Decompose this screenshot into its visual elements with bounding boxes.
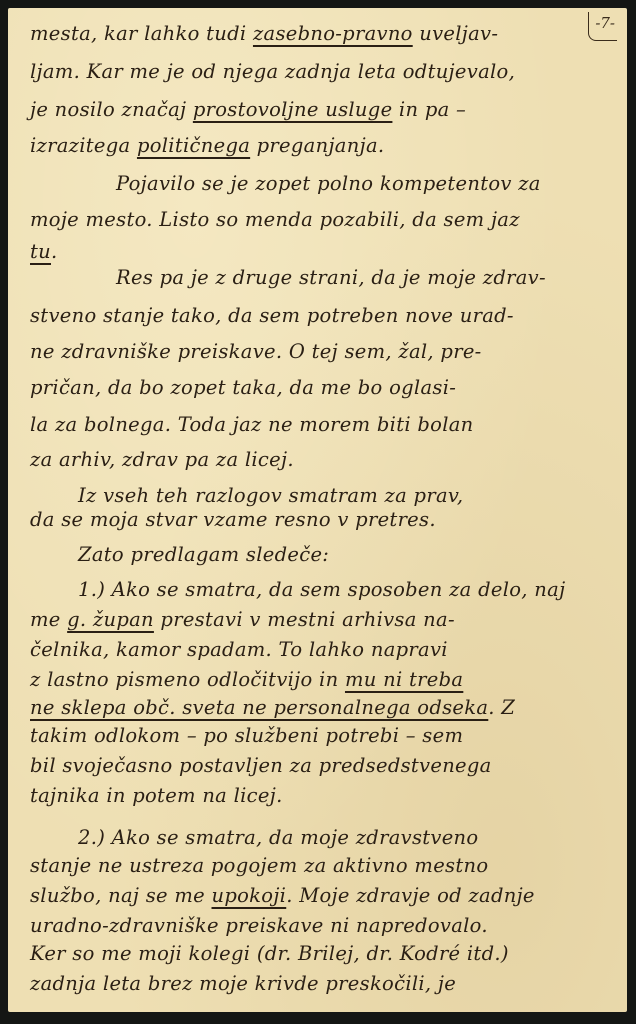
text-line: ne sklepa obč. sveta ne personalnega ods… bbox=[30, 696, 613, 719]
text-line: službo, naj se me upokoji. Moje zdravje … bbox=[30, 884, 613, 907]
text-line: ljam. Kar me je od njega zadnja leta odt… bbox=[30, 60, 613, 83]
text-line: za arhiv, zdrav pa za licej. bbox=[30, 448, 613, 471]
text-line: moje mesto. Listo so menda pozabili, da … bbox=[30, 208, 613, 231]
underlined-text: upokoji bbox=[212, 884, 287, 907]
text-line: tajnika in potem na licej. bbox=[30, 784, 613, 807]
underlined-text: tu bbox=[30, 240, 51, 263]
text-line: čelnika, kamor spadam. To lahko napravi bbox=[30, 638, 613, 661]
text-line: Ker so me moji kolegi (dr. Brilej, dr. K… bbox=[30, 942, 613, 965]
text-line: Zato predlagam sledeče: bbox=[78, 543, 613, 566]
text-line: me g. župan prestavi v mestni arhivsa na… bbox=[30, 608, 613, 631]
list-item-2: 2.) Ako se smatra, da moje zdravstveno bbox=[78, 826, 613, 849]
text-line: tu. bbox=[30, 240, 613, 263]
text-line: stanje ne ustreza pogojem za aktivno mes… bbox=[30, 854, 613, 877]
text-line: da se moja stvar vzame resno v pretres. bbox=[30, 508, 613, 531]
text-line: Iz vseh teh razlogov smatram za prav, bbox=[78, 484, 613, 507]
text-line: bil svoječasno postavljen za predsedstve… bbox=[30, 754, 613, 777]
text-line: pričan, da bo zopet taka, da me bo oglas… bbox=[30, 376, 613, 399]
text-line: izrazitega političnega preganjanja. bbox=[30, 134, 613, 157]
text-line: stveno stanje tako, da sem potreben nove… bbox=[30, 304, 613, 327]
underlined-text: zasebno-pravno bbox=[253, 22, 413, 45]
text-line: mesta, kar lahko tudi zasebno-pravno uve… bbox=[30, 22, 613, 45]
text-line: la za bolnega. Toda jaz ne morem biti bo… bbox=[30, 413, 613, 436]
manuscript-page: -7- mesta, kar lahko tudi zasebno-pravno… bbox=[8, 8, 627, 1012]
underlined-text: prostovoljne usluge bbox=[193, 98, 393, 121]
text-line: z lastno pismeno odločitvijo in mu ni tr… bbox=[30, 668, 613, 691]
underlined-text: g. župan bbox=[67, 608, 154, 631]
text-line: ne zdravniške preiskave. O tej sem, žal,… bbox=[30, 340, 613, 363]
underlined-text: političnega bbox=[137, 134, 250, 157]
underlined-text: mu ni treba bbox=[345, 668, 463, 691]
underlined-text: ne sklepa obč. sveta ne personalnega ods… bbox=[30, 696, 488, 719]
list-item-1: 1.) Ako se smatra, da sem sposoben za de… bbox=[78, 578, 613, 601]
text-line: Res pa je z druge strani, da je moje zdr… bbox=[116, 266, 613, 289]
text-line: takim odlokom – po službeni potrebi – se… bbox=[30, 724, 613, 747]
text-line: zadnja leta brez moje krivde preskočili,… bbox=[30, 972, 613, 995]
text-line: je nosilo značaj prostovoljne usluge in … bbox=[30, 98, 613, 121]
text-line: uradno-zdravniške preiskave ni napredova… bbox=[30, 914, 613, 937]
text-line: Pojavilo se je zopet polno kompetentov z… bbox=[116, 172, 613, 195]
